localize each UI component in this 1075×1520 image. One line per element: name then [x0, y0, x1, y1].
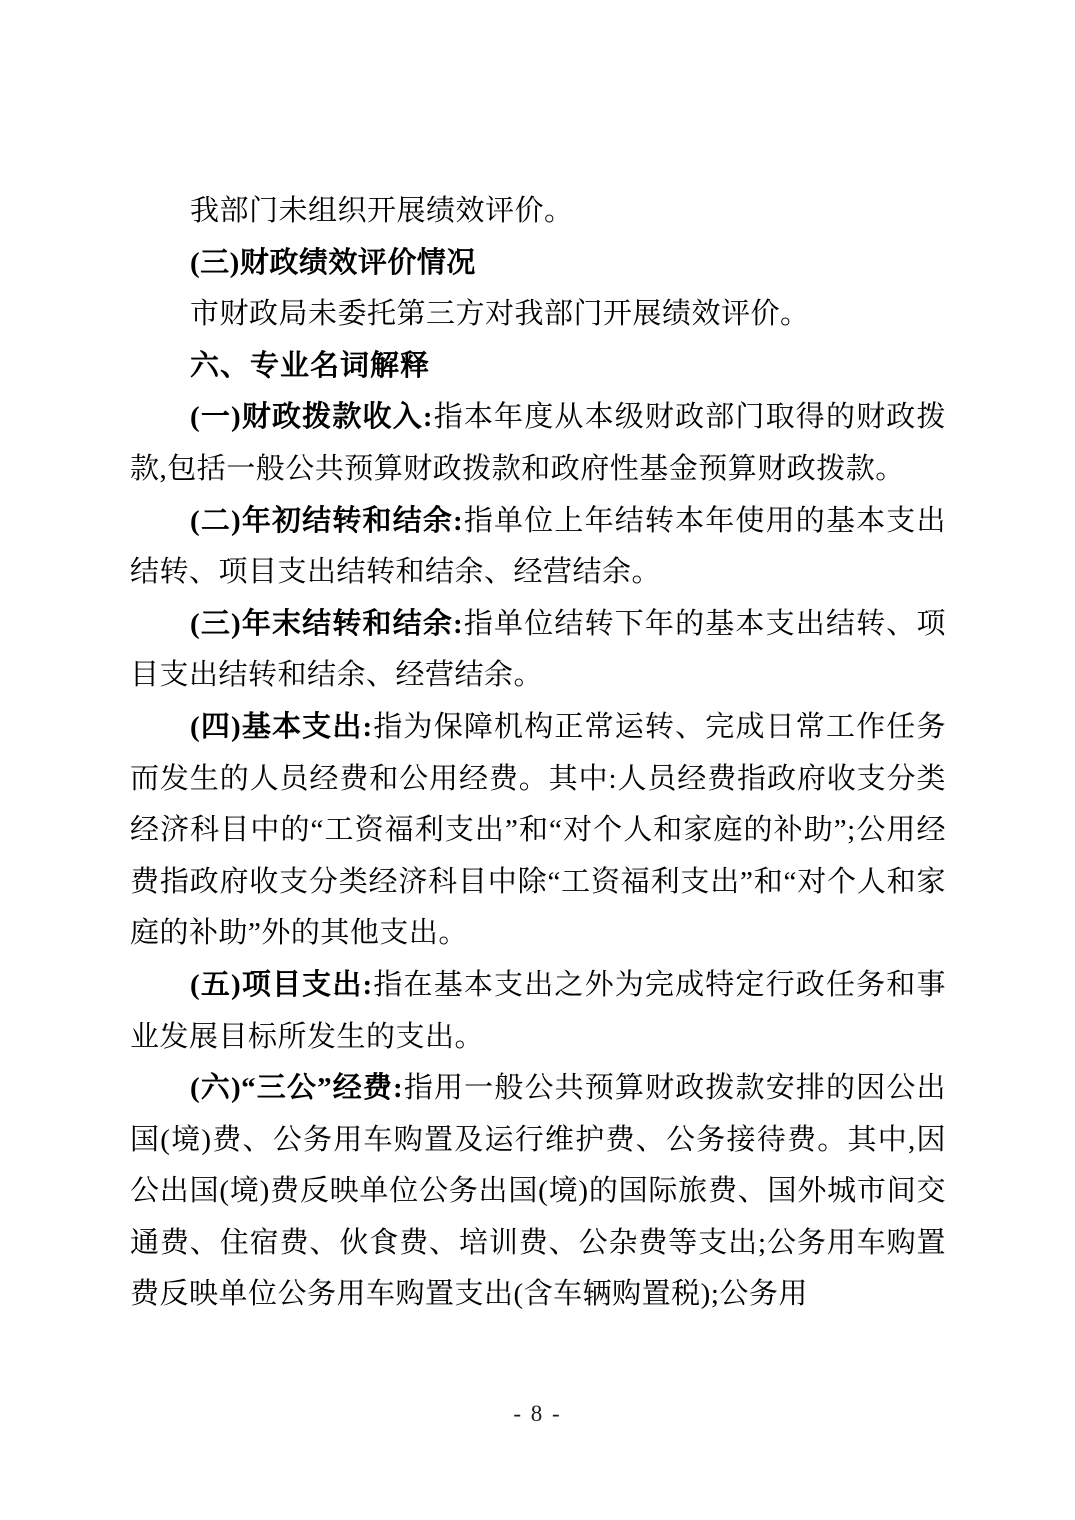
document-page: 我部门未组织开展绩效评价。 (三)财政绩效评价情况 市财政局未委托第三方对我部门…	[0, 0, 1075, 1520]
paragraph-no-third-party-evaluation: 市财政局未委托第三方对我部门开展绩效评价。	[130, 289, 946, 341]
term-basic-expenditure: (四)基本支出:指为保障机构正常运转、完成日常工作任务而发生的人员经费和公用经费…	[130, 702, 946, 960]
term-definition: 指为保障机构正常运转、完成日常工作任务而发生的人员经费和公用经费。其中:人员经费…	[130, 711, 946, 949]
term-label: (五)项目支出:	[190, 969, 373, 1001]
term-three-public-funds: (六)“三公”经费:指用一般公共预算财政拨款安排的因公出国(境)费、公务用车购置…	[130, 1063, 946, 1321]
term-label: (一)财政拨款收入:	[190, 401, 433, 433]
term-label: (六)“三公”经费:	[190, 1072, 403, 1104]
term-beginning-of-year-carryover: (二)年初结转和结余:指单位上年结转本年使用的基本支出结转、项目支出结转和结余、…	[130, 496, 946, 599]
page-content: 我部门未组织开展绩效评价。 (三)财政绩效评价情况 市财政局未委托第三方对我部门…	[130, 186, 946, 1321]
term-label: (四)基本支出:	[190, 711, 373, 743]
page-number: - 8 -	[0, 1401, 1075, 1427]
term-label: (三)年末结转和结余:	[190, 608, 463, 640]
term-project-expenditure: (五)项目支出:指在基本支出之外为完成特定行政任务和事业发展目标所发生的支出。	[130, 960, 946, 1063]
term-end-of-year-carryover: (三)年末结转和结余:指单位结转下年的基本支出结转、项目支出结转和结余、经营结余…	[130, 599, 946, 702]
term-definition: 指用一般公共预算财政拨款安排的因公出国(境)费、公务用车购置及运行维护费、公务接…	[130, 1072, 946, 1310]
term-label: (二)年初结转和结余:	[190, 505, 463, 537]
subsection-heading-fiscal-performance-evaluation: (三)财政绩效评价情况	[130, 238, 946, 290]
paragraph-no-self-evaluation: 我部门未组织开展绩效评价。	[130, 186, 946, 238]
term-fiscal-appropriation-income: (一)财政拨款收入:指本年度从本级财政部门取得的财政拨款,包括一般公共预算财政拨…	[130, 392, 946, 495]
section-heading-terminology: 六、专业名词解释	[130, 341, 946, 393]
